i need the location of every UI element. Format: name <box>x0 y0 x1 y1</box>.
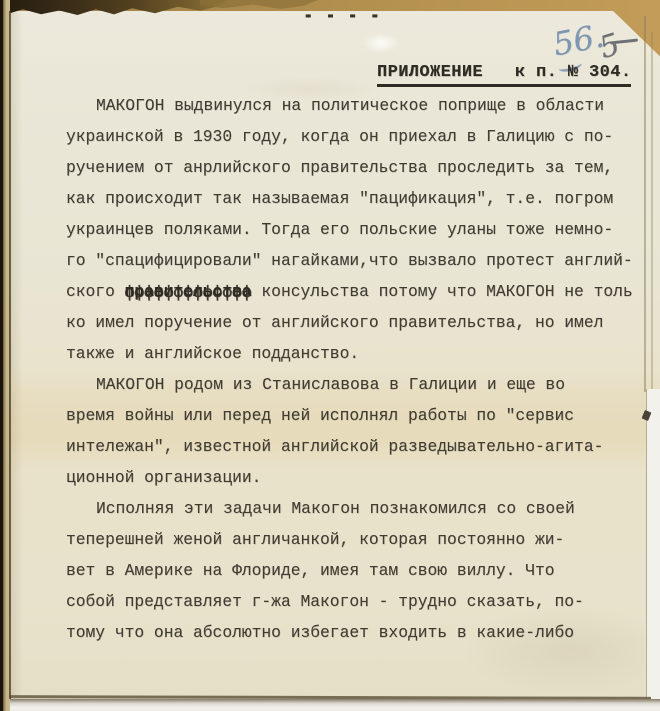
page-fold-line <box>651 32 653 390</box>
line-text: консульства потому что МАКОГОН не толь <box>252 282 633 301</box>
document-line: интележан", известной английской разведы… <box>66 431 651 462</box>
document-line: украинской в 1930 году, когда он приехал… <box>66 121 651 152</box>
scanned-document-page: - - - - 56. 5 ПРИЛОЖЕНИЕ к п. № 304. МАК… <box>0 0 660 711</box>
underlying-sheet-bottom <box>0 699 660 711</box>
document-body: МАКОГОН выдвинулся на политическое попри… <box>66 90 651 648</box>
document-line: собой представляет г-жа Макогон - трудно… <box>66 586 651 617</box>
document-line: ко имел поручение от английского правите… <box>66 307 651 338</box>
underlying-sheet-edge <box>646 389 660 700</box>
overstrike-characters: ффффффффффффф <box>125 277 252 308</box>
document-line: МАКОГОН выдвинулся на политическое попри… <box>66 90 651 121</box>
document-line: го "спацифицировали" нагайками,что вызва… <box>66 245 651 276</box>
document-line: тому что она абсолютно избегает входить … <box>66 617 651 648</box>
document-line: МАКОГОН родом из Станиславова в Галиции … <box>66 369 651 400</box>
document-title: ПРИЛОЖЕНИЕ к п. № 304. <box>377 63 631 87</box>
torn-paper-edge <box>200 0 318 9</box>
page-fold-line <box>644 16 646 392</box>
document-line: ручением от анрлийского правительства пр… <box>66 152 651 183</box>
document-line: как происходит так называемая "пацификац… <box>66 183 651 214</box>
line-text: ского <box>66 282 125 301</box>
document-line: теперешней женой англичанкой, которая по… <box>66 524 651 555</box>
overstruck-word: правительстваффффффффффффф <box>125 276 252 307</box>
document-line: украинцев поляками. Тогда его польские у… <box>66 214 651 245</box>
document-line: Исполняя эти задачи Макогон познакомился… <box>66 493 651 524</box>
document-line-with-overstrike: ского правительстваффффффффффффф консуль… <box>66 276 651 307</box>
document-line: также и английское подданство. <box>66 338 651 369</box>
page-left-edge <box>9 11 11 699</box>
typed-dashes: - - - - <box>303 6 381 26</box>
document-line: время войны или перед ней исполнял работ… <box>66 400 651 431</box>
document-line: ционной организации. <box>66 462 651 493</box>
document-line: вет в Америке на Флориде, имея там свою … <box>66 555 651 586</box>
